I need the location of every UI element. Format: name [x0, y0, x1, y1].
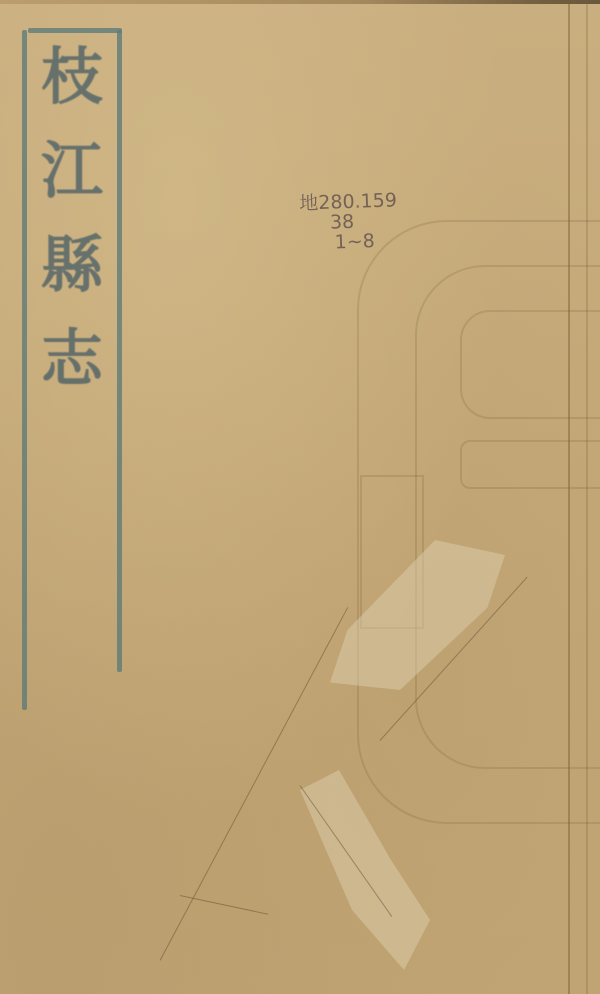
label-border-top: [28, 28, 122, 33]
top-edge-shadow: [0, 0, 600, 4]
book-cover: 枝 江 縣 志 地280.159 38 1~8: [0, 0, 600, 994]
title-character: 枝: [41, 46, 103, 108]
label-border-left: [22, 30, 27, 710]
title-label-box: 枝 江 縣 志: [22, 28, 120, 708]
paper-crack: [180, 895, 268, 915]
watermark-outline: [460, 440, 600, 489]
handwritten-call-number: 地280.159 38 1~8: [299, 190, 399, 253]
call-number-line: 1~8: [300, 230, 398, 253]
book-title: 枝 江 縣 志: [32, 46, 112, 422]
watermark-outline: [460, 310, 600, 419]
label-border-right: [117, 30, 122, 672]
title-character: 縣: [41, 234, 103, 296]
spine-fold-line: [586, 0, 588, 994]
title-character: 江: [41, 140, 103, 202]
spine-fold-line: [568, 0, 570, 994]
title-character: 志: [41, 328, 103, 390]
